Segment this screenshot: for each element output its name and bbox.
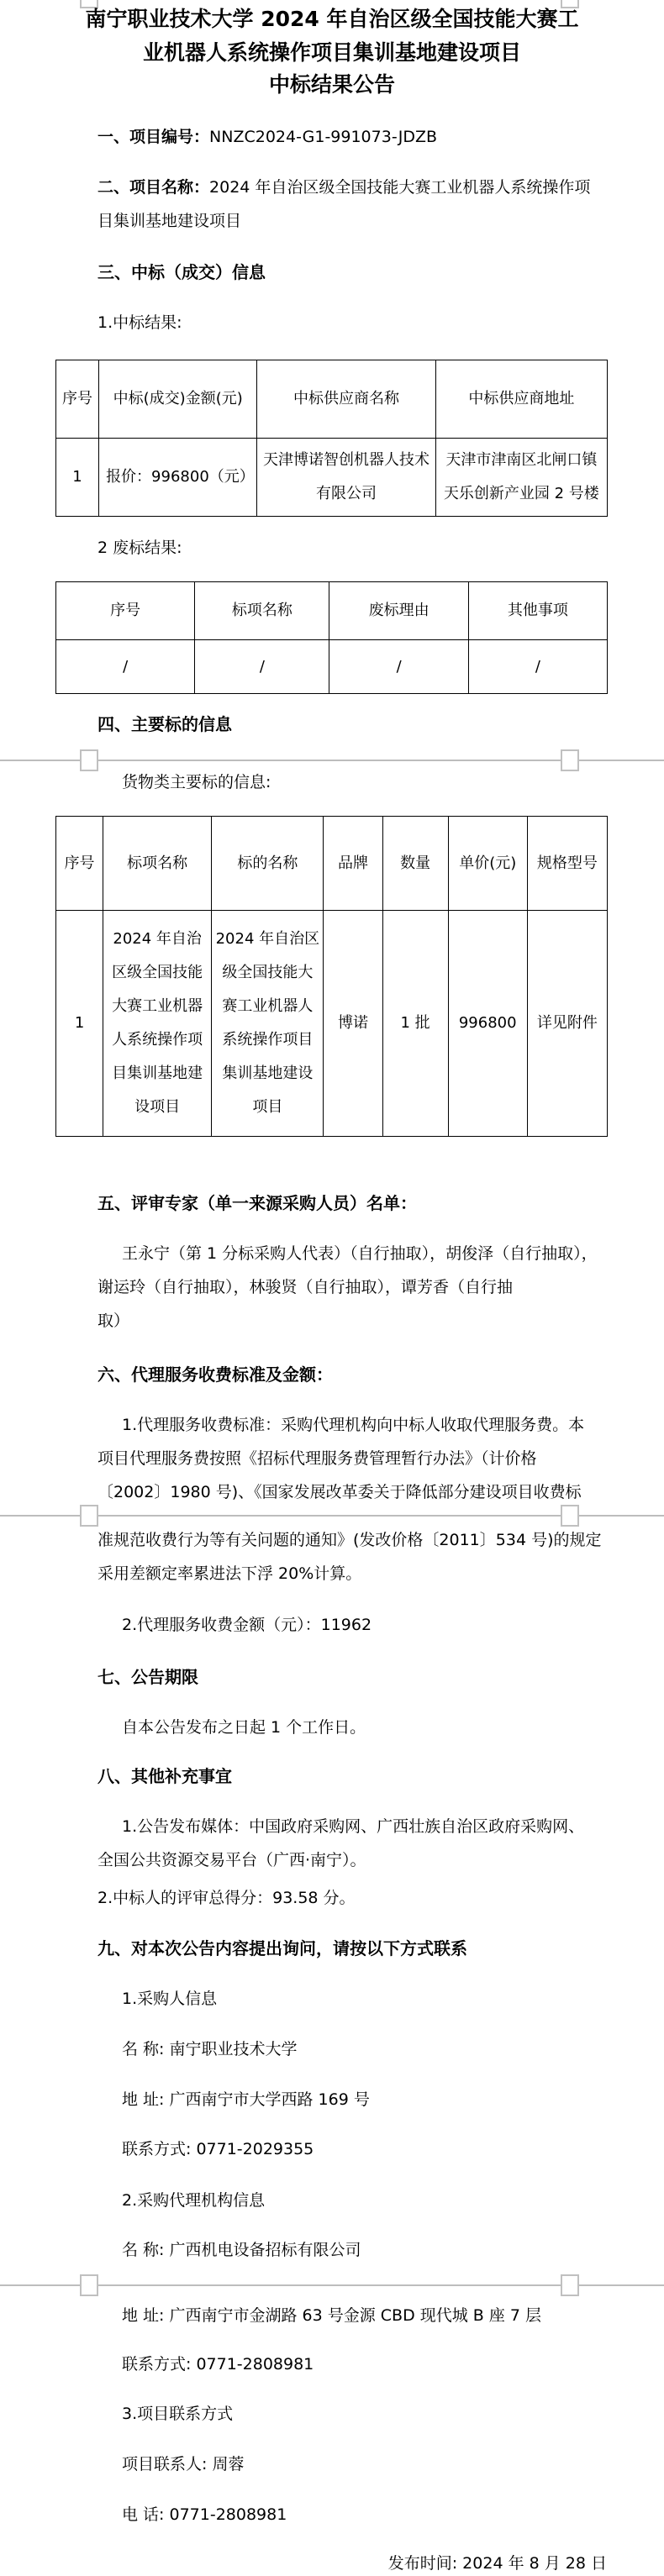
award-table-header-row: 序号 中标(成交)金额(元) 中标供应商名称 中标供应商地址 — [56, 360, 608, 439]
announcement-period-line: 自本公告发布之日起 1 个工作日。 — [122, 1716, 366, 1738]
page-break-marker — [561, 2274, 579, 2296]
project-contact-subtitle: 3.项目联系方式 — [122, 2403, 233, 2425]
award-header-supplier-name: 中标供应商名称 — [257, 360, 435, 439]
goods-cell-subject-name: 2024 年自治区级全国技能大赛工业机器人系统操作项目集训基地建设项目 — [212, 911, 324, 1137]
project-number-value: NNZC2024-G1-991073-JDZB — [209, 128, 437, 146]
document-page: { "page": { "title_lines": [ "南宁职业技术大学 2… — [0, 0, 664, 2576]
project-number-label: 一、项目编号： — [97, 128, 209, 146]
project-name-line-2: 目集训基地建设项目 — [97, 210, 241, 232]
rejected-header-reason: 废标理由 — [329, 582, 468, 640]
goods-cell-index: 1 — [56, 911, 103, 1137]
page-break-marker — [561, 1505, 579, 1527]
goods-header-subject-name: 标的名称 — [212, 817, 324, 911]
goods-subject-table: 序号 标项名称 标的名称 品牌 数量 单价(元) 规格型号 1 2024 年自治… — [55, 816, 608, 1137]
rejected-header-lot-name: 标项名称 — [195, 582, 329, 640]
award-header-index: 序号 — [56, 360, 99, 439]
award-header-supplier-address: 中标供应商地址 — [435, 360, 607, 439]
goods-table-header-row: 序号 标项名称 标的名称 品牌 数量 单价(元) 规格型号 — [56, 817, 608, 911]
award-table-row: 1 报价：996800（元） 天津博诺智创机器人技术有限公司 天津市津南区北闸口… — [56, 439, 608, 517]
section-heading-agency-fee: 六、代理服务收费标准及金额： — [97, 1364, 333, 1385]
goods-header-spec-model: 规格型号 — [527, 817, 607, 911]
project-name-label: 二、项目名称： — [97, 178, 209, 197]
goods-cell-quantity: 1 批 — [382, 911, 448, 1137]
rejected-table-row: / / / / — [56, 640, 608, 694]
goods-header-quantity: 数量 — [382, 817, 448, 911]
announcement-title-line-1: 南宁职业技术大学 2024 年自治区级全国技能大赛工 — [0, 7, 664, 32]
rejected-result-subtitle: 2 废标结果: — [97, 537, 182, 559]
rejected-table-header-row: 序号 标项名称 废标理由 其他事项 — [56, 582, 608, 640]
award-result-subtitle: 1.中标结果: — [97, 312, 182, 334]
section-heading-contact: 九、对本次公告内容提出询问，请按以下方式联系 — [97, 1937, 467, 1959]
project-contact-phone-line: 电 话: 0771-2808981 — [122, 2504, 287, 2526]
announcement-title-line-2: 业机器人系统操作项目集训基地建设项目 — [0, 40, 664, 66]
announcement-title-line-3: 中标结果公告 — [0, 72, 664, 97]
publish-time: 发布时间: 2024 年 8 月 28 日 — [388, 2552, 607, 2574]
section-heading-main-subject: 四、主要标的信息 — [97, 713, 232, 735]
goods-header-brand: 品牌 — [324, 817, 382, 911]
page-break-marker — [80, 1505, 98, 1527]
rejected-cell-index: / — [56, 640, 195, 694]
goods-cell-spec-model: 详见附件 — [527, 911, 607, 1137]
purchaser-phone-line: 联系方式: 0771-2029355 — [122, 2138, 314, 2160]
media-line-1: 1.公告发布媒体：中国政府采购网、广西壮族自治区政府采购网、 — [122, 1816, 584, 1837]
purchaser-address-line: 地 址: 广西南宁市大学西路 169 号 — [122, 2089, 370, 2111]
media-line-2: 全国公共资源交易平台（广西·南宁）。 — [97, 1849, 366, 1871]
purchaser-info-subtitle: 1.采购人信息 — [122, 1988, 217, 2010]
agency-fee-line-1: 1.代理服务收费标准：采购代理机构向中标人收取代理服务费。本 — [122, 1414, 584, 1436]
page-break-marker — [80, 749, 98, 771]
agency-name-line: 名 称: 广西机电设备招标有限公司 — [122, 2239, 361, 2261]
goods-table-row: 1 2024 年自治区级全国技能大赛工业机器人系统操作项目集训基地建设项目 20… — [56, 911, 608, 1137]
rejected-cell-other: / — [468, 640, 607, 694]
agency-fee-line-4: 准规范收费行为等有关问题的通知》(发改价格〔2011〕534 号)的规定 — [97, 1529, 602, 1551]
goods-subject-subtitle: 货物类主要标的信息: — [122, 771, 271, 793]
section-heading-experts: 五、评审专家（单一来源采购人员）名单： — [97, 1192, 417, 1214]
agency-fee-amount-line: 2.代理服务收费金额（元）：11962 — [122, 1614, 372, 1636]
goods-cell-lot-name: 2024 年自治区级全国技能大赛工业机器人系统操作项目集训基地建设项目 — [103, 911, 212, 1137]
winner-score-line: 2.中标人的评审总得分：93.58 分。 — [97, 1887, 356, 1909]
experts-line-1: 王永宁（第 1 分标采购人代表）（自行抽取），胡俊泽（自行抽取）， — [122, 1243, 598, 1264]
agency-fee-line-2: 项目代理服务费按照《招标代理服务费管理暂行办法》（计价格 — [97, 1448, 537, 1469]
goods-header-unit-price: 单价(元) — [448, 817, 527, 911]
rejected-bid-table: 序号 标项名称 废标理由 其他事项 / / / / — [55, 581, 608, 694]
project-contact-person-line: 项目联系人: 周蓉 — [122, 2453, 244, 2475]
award-result-table: 序号 中标(成交)金额(元) 中标供应商名称 中标供应商地址 1 报价：9968… — [55, 360, 608, 517]
experts-line-2: 谢运玲（自行抽取），林骏贤（自行抽取），谭芳香（自行抽 — [97, 1276, 513, 1298]
project-number-line: 一、项目编号：NNZC2024-G1-991073-JDZB — [97, 126, 437, 148]
purchaser-name-line: 名 称: 南宁职业技术大学 — [122, 2038, 297, 2060]
project-name-line-1: 二、项目名称：2024 年自治区级全国技能大赛工业机器人系统操作项 — [97, 176, 590, 198]
experts-line-3: 取） — [97, 1310, 129, 1332]
award-cell-supplier-address: 天津市津南区北闸口镇天乐创新产业园 2 号楼 — [435, 439, 607, 517]
agency-phone-line: 联系方式: 0771-2808981 — [122, 2353, 314, 2375]
goods-header-lot-name: 标项名称 — [103, 817, 212, 911]
rejected-header-other: 其他事项 — [468, 582, 607, 640]
section-heading-other-matters: 八、其他补充事宜 — [97, 1765, 232, 1787]
goods-cell-unit-price: 996800 — [448, 911, 527, 1137]
agency-fee-line-3: 〔2002〕1980 号)、《国家发展改革委关于降低部分建设项目收费标 — [97, 1481, 582, 1503]
section-heading-announcement-period: 七、公告期限 — [97, 1666, 198, 1688]
goods-cell-brand: 博诺 — [324, 911, 382, 1137]
rejected-cell-reason: / — [329, 640, 468, 694]
agency-info-subtitle: 2.采购代理机构信息 — [122, 2190, 265, 2211]
goods-header-index: 序号 — [56, 817, 103, 911]
award-cell-index: 1 — [56, 439, 99, 517]
award-cell-supplier-name: 天津博诺智创机器人技术有限公司 — [257, 439, 435, 517]
project-name-value: 2024 年自治区级全国技能大赛工业机器人系统操作项 — [209, 178, 590, 197]
page-break-marker — [561, 749, 579, 771]
agency-fee-line-5: 采用差额定率累进法下浮 20%计算。 — [97, 1563, 361, 1585]
section-heading-award-info: 三、中标（成交）信息 — [97, 261, 266, 283]
award-header-amount: 中标(成交)金额(元) — [99, 360, 257, 439]
agency-address-line: 地 址: 广西南宁市金湖路 63 号金源 CBD 现代城 B 座 7 层 — [122, 2305, 541, 2326]
rejected-cell-lot-name: / — [195, 640, 329, 694]
award-cell-amount: 报价：996800（元） — [99, 439, 257, 517]
rejected-header-index: 序号 — [56, 582, 195, 640]
page-break-marker — [80, 2274, 98, 2296]
